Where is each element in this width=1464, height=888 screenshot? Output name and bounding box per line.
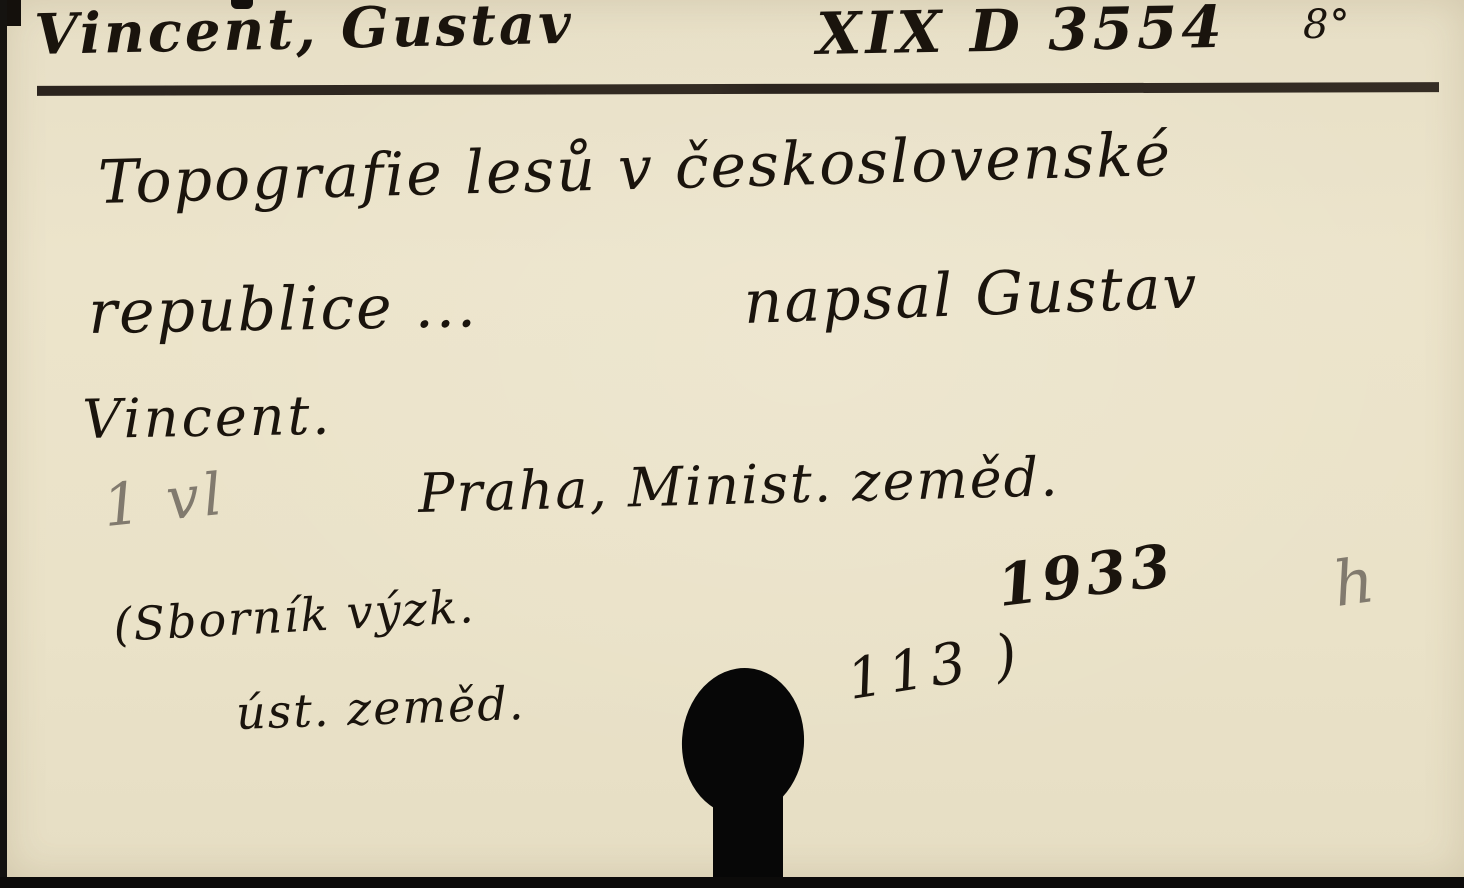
- format-mark: 8°: [1303, 2, 1350, 48]
- statement-of-responsibility-line-2: Vincent.: [82, 384, 333, 451]
- title-line-2: republice ...: [88, 271, 479, 348]
- scan-edge-bottom: [0, 877, 1464, 888]
- edge-ink-spot: [231, 0, 253, 9]
- series-statement-line-2: úst. zeměd.: [235, 676, 526, 740]
- series-number: 113 ): [843, 621, 1028, 713]
- punch-hole-stem: [713, 770, 783, 888]
- series-statement-line-1: (Sborník výzk.: [112, 579, 476, 652]
- publication-year: 1933: [994, 531, 1178, 620]
- imprint-place-publisher: Praha, Minist. zeměd.: [417, 445, 1060, 525]
- statement-of-responsibility-line-1: napsal Gustav: [743, 252, 1200, 338]
- author-heading: Vincent, Gustav: [34, 0, 575, 68]
- catalog-card: Vincent, Gustav XIX D 3554 8° Topografie…: [7, 0, 1464, 877]
- shelfmark: XIX D 3554: [816, 0, 1226, 68]
- corner-ink-spot: [7, 0, 21, 26]
- pencil-letter-mark: h: [1329, 543, 1380, 621]
- scanned-catalog-card-image: Vincent, Gustav XIX D 3554 8° Topografie…: [0, 0, 1464, 888]
- pencil-volume-note: 1 vl: [100, 460, 229, 540]
- title-line-1: Topografie lesů v československé: [97, 120, 1173, 218]
- scan-edge-left: [0, 0, 7, 820]
- heading-underline-rule: [37, 82, 1439, 96]
